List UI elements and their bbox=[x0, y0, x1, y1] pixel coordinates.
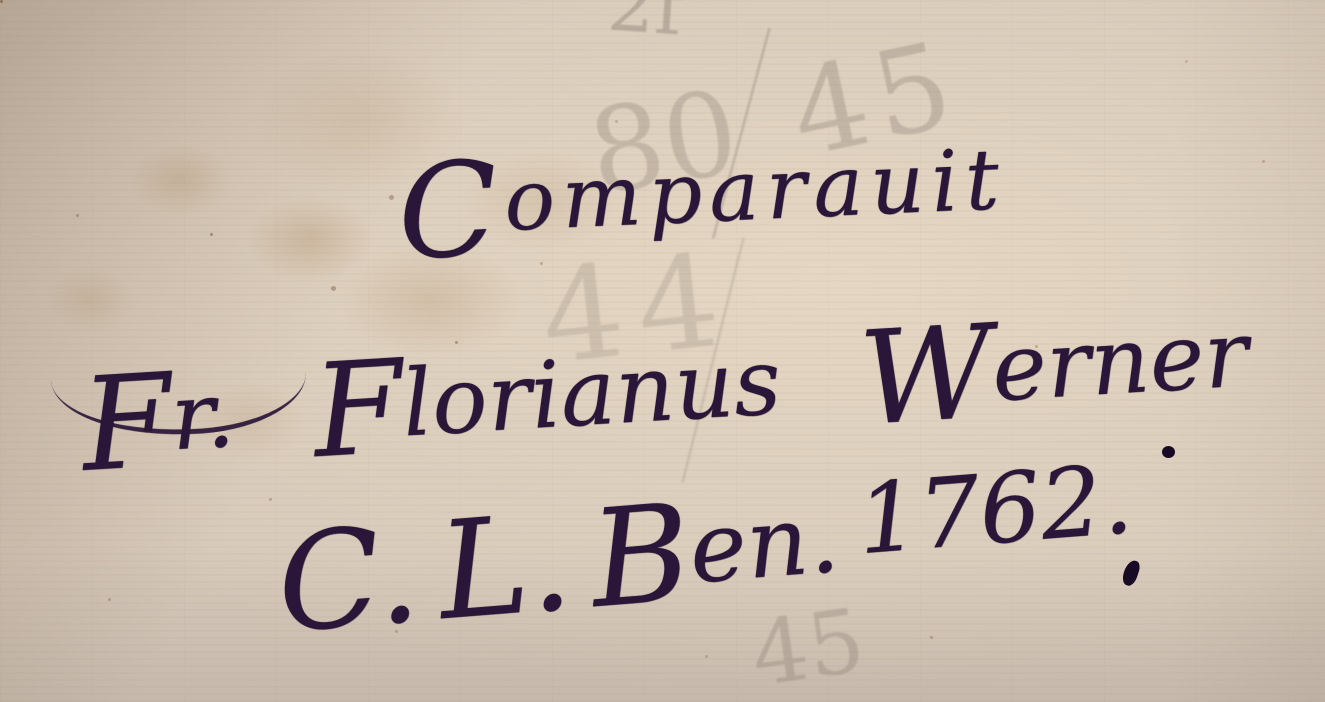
word-fr: Fr. bbox=[78, 353, 238, 491]
word-year: 1762. bbox=[854, 451, 1139, 607]
word-ben: Ben. bbox=[586, 474, 844, 627]
manuscript-photo: 2f 80 45 44 45 Comparauit Fr. Florianus … bbox=[0, 0, 1325, 702]
paper-specks bbox=[0, 0, 3, 3]
word-florianus: Florianus bbox=[310, 321, 785, 477]
ink-dot bbox=[1162, 446, 1175, 458]
word-l: L. bbox=[434, 495, 576, 639]
word-c: C. bbox=[273, 507, 424, 652]
word-werner: Werner bbox=[856, 293, 1251, 445]
inscription-line-comparavit: Comparauit bbox=[395, 122, 1009, 279]
pencil-mark-top: 2f bbox=[606, 0, 685, 47]
